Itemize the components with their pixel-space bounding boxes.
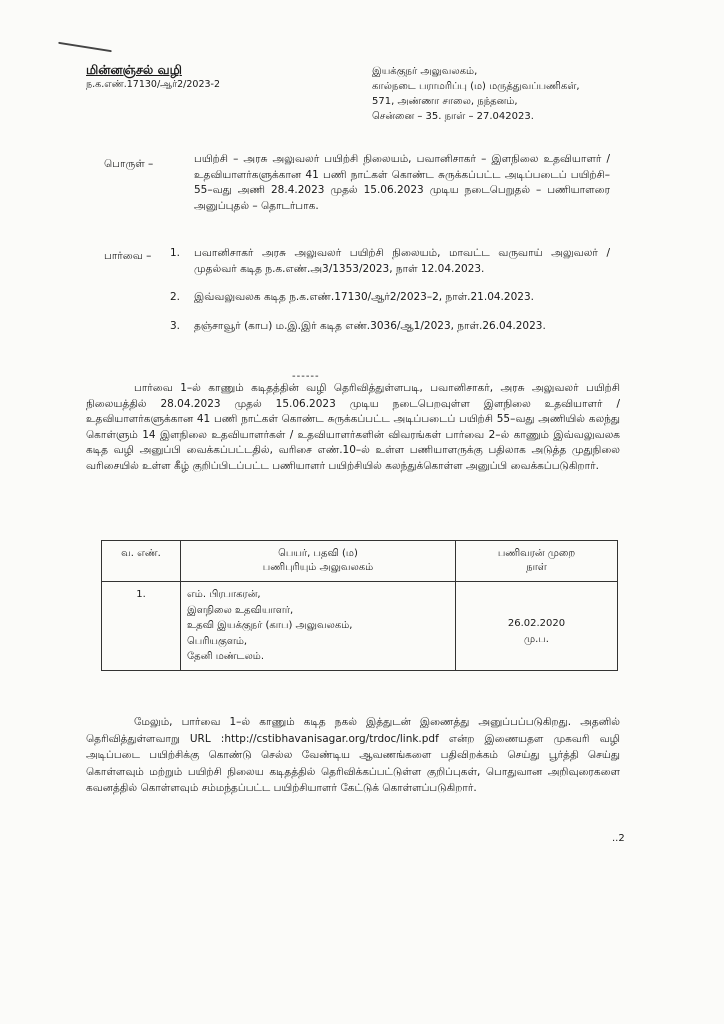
subject-label: பொருள் – [104, 158, 153, 171]
cell-date: 26.02.2020 மு.ப. [456, 582, 618, 671]
employee-name: எம். பிரபாகரன், [187, 587, 449, 603]
employee-designation: இளநிலை உதவியாளர், [187, 603, 449, 619]
employee-region: தேனி மண்டலம். [187, 649, 449, 665]
employee-table: வ. எண். பெயர், பதவி (ம) பணிபுரியும் அலுவ… [101, 540, 618, 671]
address-line: சென்னை – 35. நாள் – 27.042023. [372, 109, 580, 124]
pen-mark [58, 42, 112, 52]
header-details: பெயர், பதவி (ம) பணிபுரியும் அலுவலகம் [181, 541, 456, 582]
references-list: 1. பவானிசாகர் அரசு அலுவலர் பயிற்சி நிலைய… [170, 246, 610, 347]
address-line: கால்நடை பராமரிப்பு (ம) மருத்துவப்பணிகள், [372, 79, 580, 94]
page-continuation-marker: ..2 [612, 833, 625, 844]
cell-details: எம். பிரபாகரன், இளநிலை உதவியாளர், உதவி இ… [181, 582, 456, 671]
reference-number-label: 2. [170, 290, 194, 306]
references-label: பார்வை – [104, 250, 151, 263]
address-line: இயக்குநர் அலுவலகம், [372, 64, 580, 79]
reference-text: இவ்வலுவலக கடித ந.க.எண்.17130/ஆர்2/2023–2… [194, 290, 610, 306]
reference-item: 3. தஞ்சாவூர் (காப) ம.இ.இர் கடித எண்.3036… [170, 319, 610, 335]
reference-number-label: 1. [170, 246, 194, 277]
header-serial: வ. எண். [102, 541, 181, 582]
date-note: மு.ப. [462, 632, 611, 648]
body-paragraph-1: பார்வை 1–ல் காணும் கடிதத்தின் வழி தெரிவி… [86, 381, 620, 474]
table-row: 1. எம். பிரபாகரன், இளநிலை உதவியாளர், உதவ… [102, 582, 618, 671]
reference-item: 1. பவானிசாகர் அரசு அலுவலர் பயிற்சி நிலைய… [170, 246, 610, 277]
office-address: இயக்குநர் அலுவலகம், கால்நடை பராமரிப்பு (… [372, 64, 580, 124]
header-date: பணிவரன் முறை நாள் [456, 541, 618, 582]
delivery-mode: மின்னஞ்சல் வழி [86, 62, 182, 79]
address-line: 571, அண்ணா சாலை, நந்தனம், [372, 94, 580, 109]
reference-number: ந.க.எண்.17130/ஆர்2/2023-2 [86, 79, 220, 91]
employee-place: பெரியகுளம், [187, 634, 449, 650]
reference-text: தஞ்சாவூர் (காப) ம.இ.இர் கடித எண்.3036/ஆ1… [194, 319, 610, 335]
subject-text: பயிற்சி – அரசு அலுவலர் பயிற்சி நிலையம், … [194, 152, 610, 214]
reference-text: பவானிசாகர் அரசு அலுவலர் பயிற்சி நிலையம்,… [194, 246, 610, 277]
body-paragraph-2: மேலும், பார்வை 1–ல் காணும் கடித நகல் இத்… [86, 714, 620, 797]
employee-office: உதவி இயக்குநர் (காப) அலுவலகம், [187, 618, 449, 634]
regularisation-date: 26.02.2020 [462, 616, 611, 632]
cell-serial: 1. [102, 582, 181, 671]
reference-item: 2. இவ்வலுவலக கடித ந.க.எண்.17130/ஆர்2/202… [170, 290, 610, 306]
reference-number-label: 3. [170, 319, 194, 335]
table-header-row: வ. எண். பெயர், பதவி (ம) பணிபுரியும் அலுவ… [102, 541, 618, 582]
